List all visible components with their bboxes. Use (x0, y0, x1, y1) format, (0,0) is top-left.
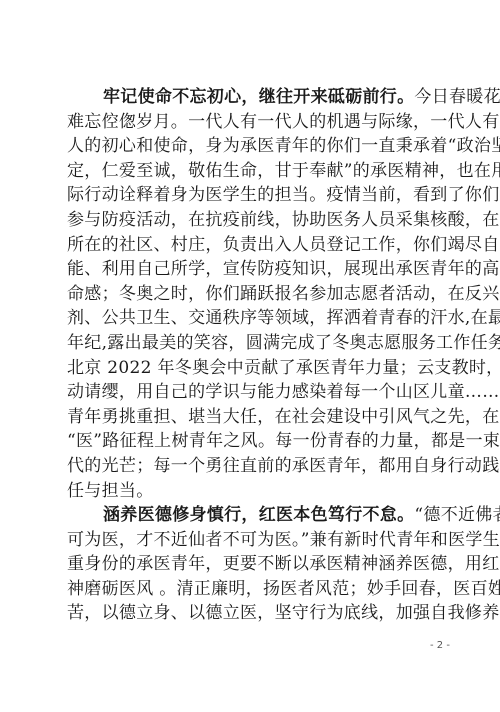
paragraph-1-line: 定，仁爱至诚，敬佑生命，甘于奉献”的承医精神，也在用实 (67, 159, 451, 184)
paragraph-1-line: 任与担当。 (67, 479, 451, 504)
paragraph-1-text: 今日春暖花开， (414, 87, 500, 107)
body-text: 牢记使命不忘初心，继往开来砥砺前行。今日春暖花开， 难忘倥偬岁月。一代人有一代人… (67, 85, 451, 626)
paragraph-1-line-1: 牢记使命不忘初心，继往开来砥砺前行。今日春暖花开， (67, 85, 451, 110)
paragraph-1-line: 所在的社区、村庄，负责出入人员登记工作，你们竭尽自己所 (67, 233, 451, 258)
paragraph-2-line: 可为医，才不近仙者不可为医。”兼有新时代青年和医学生双 (67, 528, 451, 553)
paragraph-1-line: 年纪,露出最美的笑容，圆满完成了冬奥志愿服务工作任务，在 (67, 331, 451, 356)
page-number: - 2 - (430, 640, 450, 651)
paragraph-1-line: 动请缨，用自己的学识与能力感染着每一个山区儿童……承医 (67, 380, 451, 405)
paragraph-1-line: 青年勇挑重担、堪当大任，在社会建设中引风气之先，在 (67, 405, 451, 430)
paragraph-1-line: 代的光芒；每一个勇往直前的承医青年，都用自身行动践行责 (67, 454, 451, 479)
paragraph-1-line: 北京 2022 年冬奥会中贡献了承医青年力量；云支教时，你们主 (67, 356, 451, 381)
paragraph-1-line: 难忘倥偬岁月。一代人有一代人的机遇与际缘，一代人有一代 (67, 110, 451, 135)
paragraph-2-line: 苦，以德立身、以德立医，坚守行为底线，加强自我修养，努 (67, 601, 451, 626)
paragraph-1-line: “医”路征程上树青年之风。每一份青春的力量，都是一束时 (67, 429, 451, 454)
paragraph-2-line: 神磨砺医风 。清正廉明，扬医者风范；妙手回春，医百姓疾 (67, 577, 451, 602)
paragraph-1-line: 剂、公共卫生、交通秩序等领域，挥洒着青春的汗水,在最好的 (67, 306, 451, 331)
paragraph-1-line: 人的初心和使命，身为承医青年的你们一直秉承着“政治坚 (67, 134, 451, 159)
paragraph-1-line: 命感；冬奥之时，你们踊跃报名参加志愿者活动，在反兴奋 (67, 282, 451, 307)
paragraph-2-line-1: 涵养医德修身慎行，红医本色笃行不怠。“德不近佛者不 (67, 503, 451, 528)
paragraph-1-heading: 牢记使命不忘初心，继往开来砥砺前行。 (103, 87, 414, 107)
paragraph-1-line: 能、利用自己所学，宣传防疫知识，展现出承医青年的高度使 (67, 257, 451, 282)
paragraph-2-heading: 涵养医德修身慎行，红医本色笃行不怠。 (103, 505, 414, 525)
paragraph-1-line: 参与防疫活动，在抗疫前线，协助医务人员采集核酸，在自己 (67, 208, 451, 233)
paragraph-1-line: 际行动诠释着身为医学生的担当。疫情当前，看到了你们积极 (67, 183, 451, 208)
paragraph-2-line: 重身份的承医青年，更要不断以承医精神涵养医德，用红医精 (67, 552, 451, 577)
paragraph-2-text: “德不近佛者不 (414, 505, 500, 525)
document-page: 牢记使命不忘初心，继往开来砥砺前行。今日春暖花开， 难忘倥偬岁月。一代人有一代人… (0, 0, 500, 712)
